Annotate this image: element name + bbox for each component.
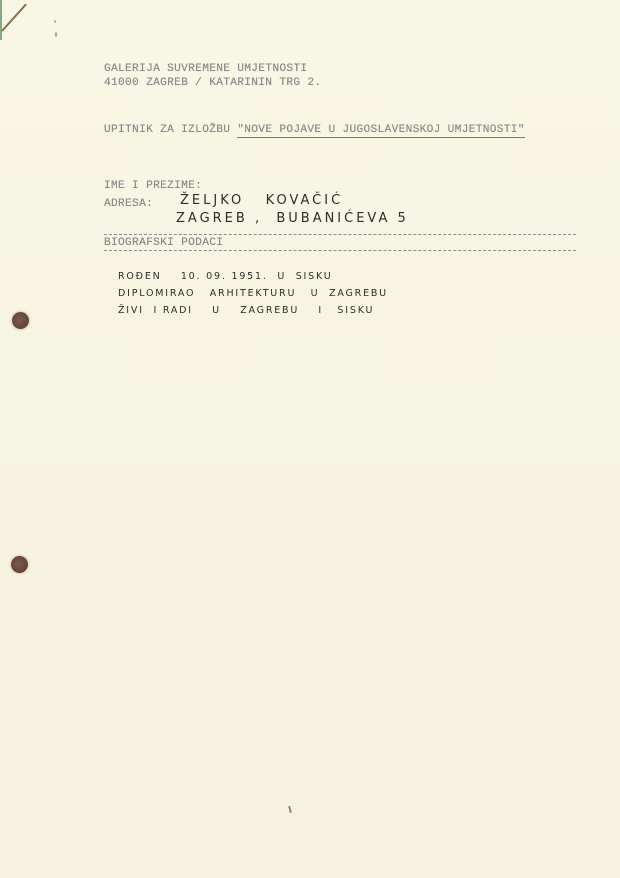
- scan-edge-strip: [0, 0, 2, 40]
- exhibition-title: "NOVE POJAVE U JUGOSLAVENSKOJ UMJETNOSTI…: [237, 124, 525, 138]
- name-value-handwritten: ŽELJKO KOVAČIĆ: [180, 193, 343, 208]
- paper-speck: [55, 32, 57, 37]
- pencil-mark: [1, 4, 27, 32]
- questionnaire-title-prefix: UPITNIK ZA IZLOŽBU: [104, 124, 237, 136]
- institution-address: 41000 ZAGREB / KATARININ TRG 2.: [104, 77, 321, 89]
- scanned-document-page: GALERIJA SUVREMENE UMJETNOSTI 41000 ZAGR…: [0, 0, 620, 878]
- punch-hole-upper: [12, 312, 29, 329]
- institution-name: GALERIJA SUVREMENE UMJETNOSTI: [104, 63, 307, 75]
- biography-line: ŽIVI I RADI U ZAGREBU I SISKU: [118, 305, 374, 316]
- section-rule-bottom: [104, 250, 576, 251]
- name-label: IME I PREZIME:: [104, 180, 202, 192]
- section-rule-top: [104, 234, 576, 235]
- address-value-handwritten: ZAGREB , BUBANIĆEVA 5: [176, 211, 409, 226]
- paper-speck: [54, 20, 56, 23]
- biography-line: ROĐEN 10. 09. 1951. U SISKU: [118, 271, 333, 282]
- punch-hole-lower: [11, 556, 28, 573]
- stray-pen-mark: [288, 806, 291, 813]
- biography-section-label: BIOGRAFSKI PODACI: [104, 237, 223, 249]
- biography-line: DIPLOMIRAO ARHITEKTURU U ZAGREBU: [118, 288, 388, 299]
- address-label: ADRESA:: [104, 198, 153, 210]
- questionnaire-title: UPITNIK ZA IZLOŽBU "NOVE POJAVE U JUGOSL…: [104, 124, 525, 136]
